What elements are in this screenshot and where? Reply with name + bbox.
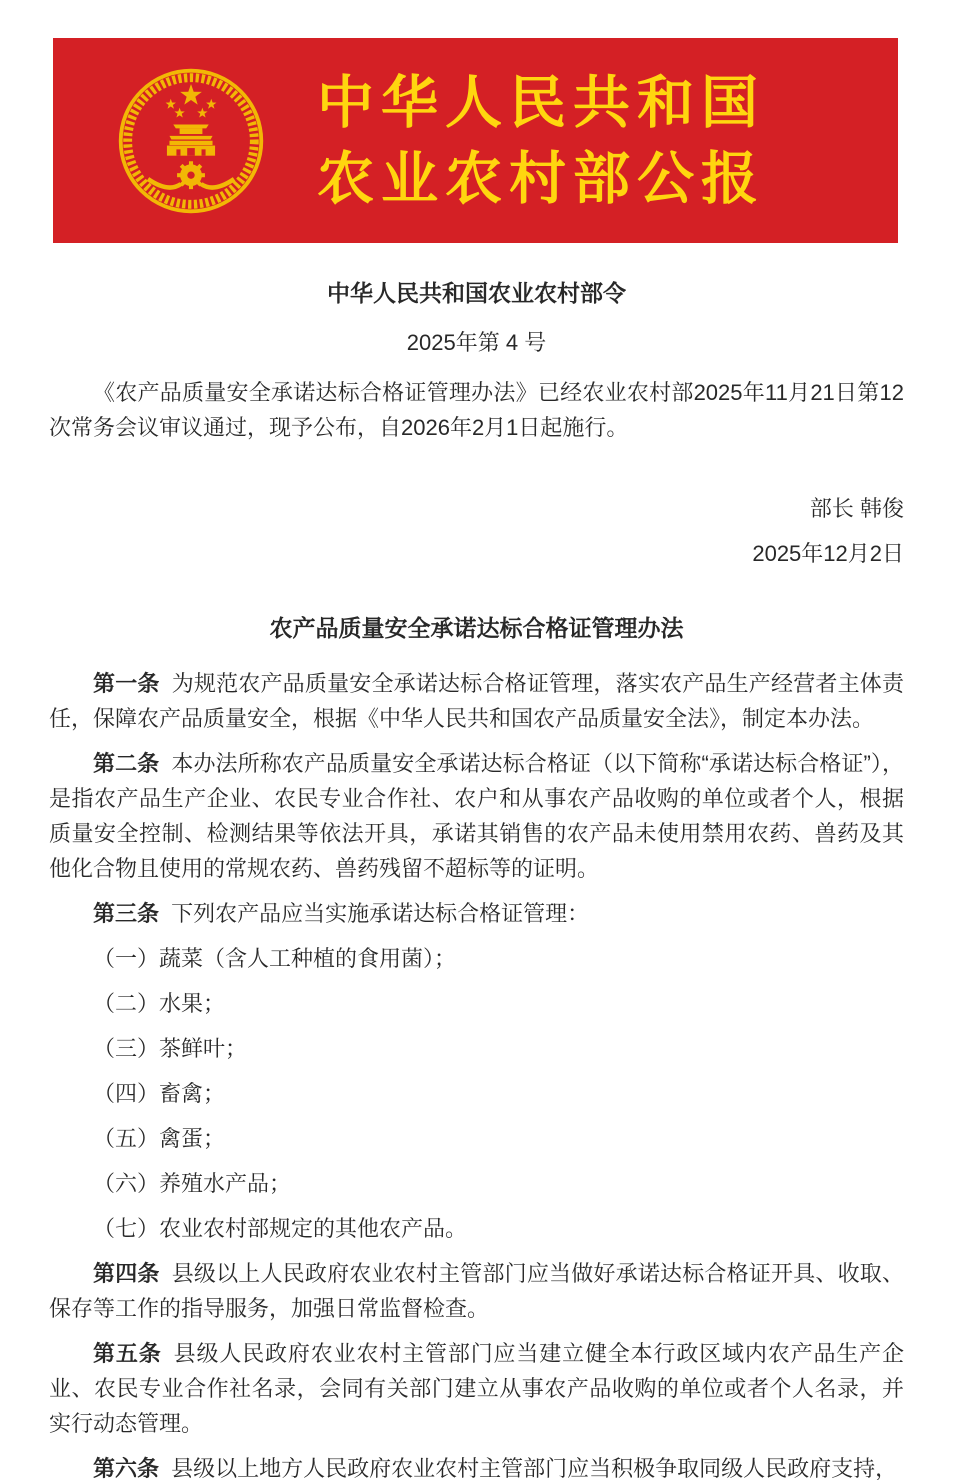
article-text: 县级以上地方人民政府农业农村主管部门应当积极争取同级人民政府支持， [171, 1456, 897, 1480]
masthead-title-line-1: 中华人民共和国 [317, 65, 765, 141]
article-paragraph: 第一条为规范农产品质量安全承诺达标合格证管理，落实农产品生产经营者主体责任，保障… [49, 666, 904, 736]
article-text: 本办法所称农产品质量安全承诺达标合格证（以下简称“承诺达标合格证”），是指农产品… [49, 751, 904, 881]
masthead-title-line-2: 农业农村部公报 [317, 141, 765, 217]
national-emblem-icon [115, 65, 267, 217]
article-label: 第五条 [93, 1341, 162, 1366]
masthead-title: 中华人民共和国 农业农村部公报 [317, 65, 765, 217]
article-label: 第一条 [93, 671, 160, 696]
article-paragraph: 第四条县级以上人民政府农业农村主管部门应当做好承诺达标合格证开具、收取、保存等工… [49, 1256, 904, 1326]
decree-title: 中华人民共和国农业农村部令 [49, 280, 904, 307]
article-text: 下列农产品应当实施承诺达标合格证管理： [171, 901, 589, 926]
document-body: 中华人民共和国农业农村部令 2025年第 4 号 《农产品质量安全承诺达标合格证… [0, 280, 956, 1480]
article-paragraph: 第五条县级人民政府农业农村主管部门应当建立健全本行政区域内农产品生产企业、农民专… [49, 1336, 904, 1441]
article-text: 为规范农产品质量安全承诺达标合格证管理，落实农产品生产经营者主体责任，保障农产品… [49, 671, 904, 731]
decree-announcement: 《农产品质量安全承诺达标合格证管理办法》已经农业农村部2025年11月21日第1… [49, 375, 904, 445]
article-label: 第六条 [93, 1456, 159, 1480]
article-paragraph: 第六条县级以上地方人民政府农业农村主管部门应当积极争取同级人民政府支持， [49, 1451, 904, 1480]
article-label: 第二条 [93, 751, 159, 776]
clause-item: （五）禽蛋； [49, 1121, 904, 1156]
article-paragraph: 第二条本办法所称农产品质量安全承诺达标合格证（以下简称“承诺达标合格证”），是指… [49, 746, 904, 886]
article-label: 第四条 [93, 1261, 160, 1286]
clause-item: （二）水果； [49, 986, 904, 1021]
signer-name: 部长 韩俊 [49, 491, 904, 526]
article-text: 县级人民政府农业农村主管部门应当建立健全本行政区域内农产品生产企业、农民专业合作… [49, 1341, 904, 1436]
article-text: 县级以上人民政府农业农村主管部门应当做好承诺达标合格证开具、收取、保存等工作的指… [49, 1261, 904, 1321]
masthead-banner: 中华人民共和国 农业农村部公报 [53, 38, 898, 243]
clause-item: （四）畜禽； [49, 1076, 904, 1111]
clause-item: （六）养殖水产品； [49, 1166, 904, 1201]
document-page: 中华人民共和国 农业农村部公报 中华人民共和国农业农村部令 2025年第 4 号… [0, 0, 956, 1480]
sign-date: 2025年12月2日 [49, 536, 904, 571]
regulation-title: 农产品质量安全承诺达标合格证管理办法 [49, 615, 904, 642]
clause-item: （一）蔬菜（含人工种植的食用菌）； [49, 941, 904, 976]
article-paragraph: 第三条下列农产品应当实施承诺达标合格证管理： [49, 896, 904, 931]
clause-item: （三）茶鲜叶； [49, 1031, 904, 1066]
article-label: 第三条 [93, 901, 159, 926]
decree-number: 2025年第 4 号 [49, 328, 904, 358]
clause-item: （七）农业农村部规定的其他农产品。 [49, 1211, 904, 1246]
